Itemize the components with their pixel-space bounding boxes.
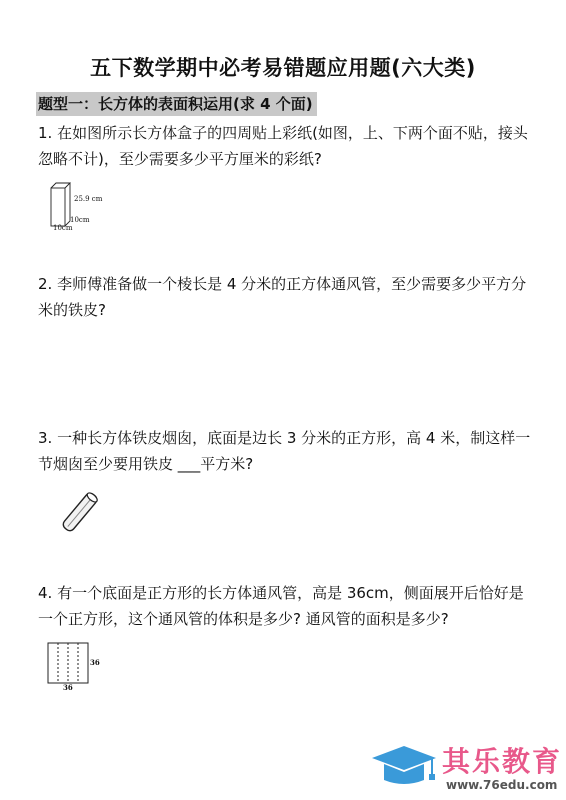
depth-label: 10cm <box>70 216 89 224</box>
bottom-label: 36 <box>63 683 73 692</box>
watermark-logo: 其乐教育 www.76edu.com <box>370 742 566 800</box>
section-heading: 题型一：长方体的表面积运用(求 4 个面) <box>36 92 317 116</box>
brand-url: www.76edu.com <box>446 778 557 792</box>
question-2: 2. 李师傅准备做一个棱长是 4 分米的正方体通风管，至少需要多少平方分米的铁皮… <box>38 271 538 323</box>
graduation-cap-icon <box>370 742 440 794</box>
pipe-icon <box>55 490 105 535</box>
chimney-figure <box>55 490 105 535</box>
cuboid-figure: 25.9 cm 10cm 10cm <box>48 180 118 230</box>
brand-name: 其乐教育 <box>442 740 562 780</box>
page-title: 五下数学期中必考易错题应用题(六大类) <box>0 52 566 82</box>
square-net-icon <box>45 640 115 692</box>
side-label: 36 <box>90 658 100 667</box>
question-4: 4. 有一个底面是正方形的长方体通风管，高是 36cm，侧面展开后恰好是一个正方… <box>38 580 538 632</box>
unfolded-square-figure: 36 36 <box>45 640 115 692</box>
question-3: 3. 一种长方体铁皮烟囱，底面是边长 3 分米的正方形，高 4 米，制这样一节烟… <box>38 425 538 477</box>
width-label: 10cm <box>53 224 72 232</box>
question-1: 1. 在如图所示长方体盒子的四周贴上彩纸(如图，上、下两个面不贴，接头忽略不计)… <box>38 120 538 172</box>
height-label: 25.9 cm <box>74 195 102 203</box>
